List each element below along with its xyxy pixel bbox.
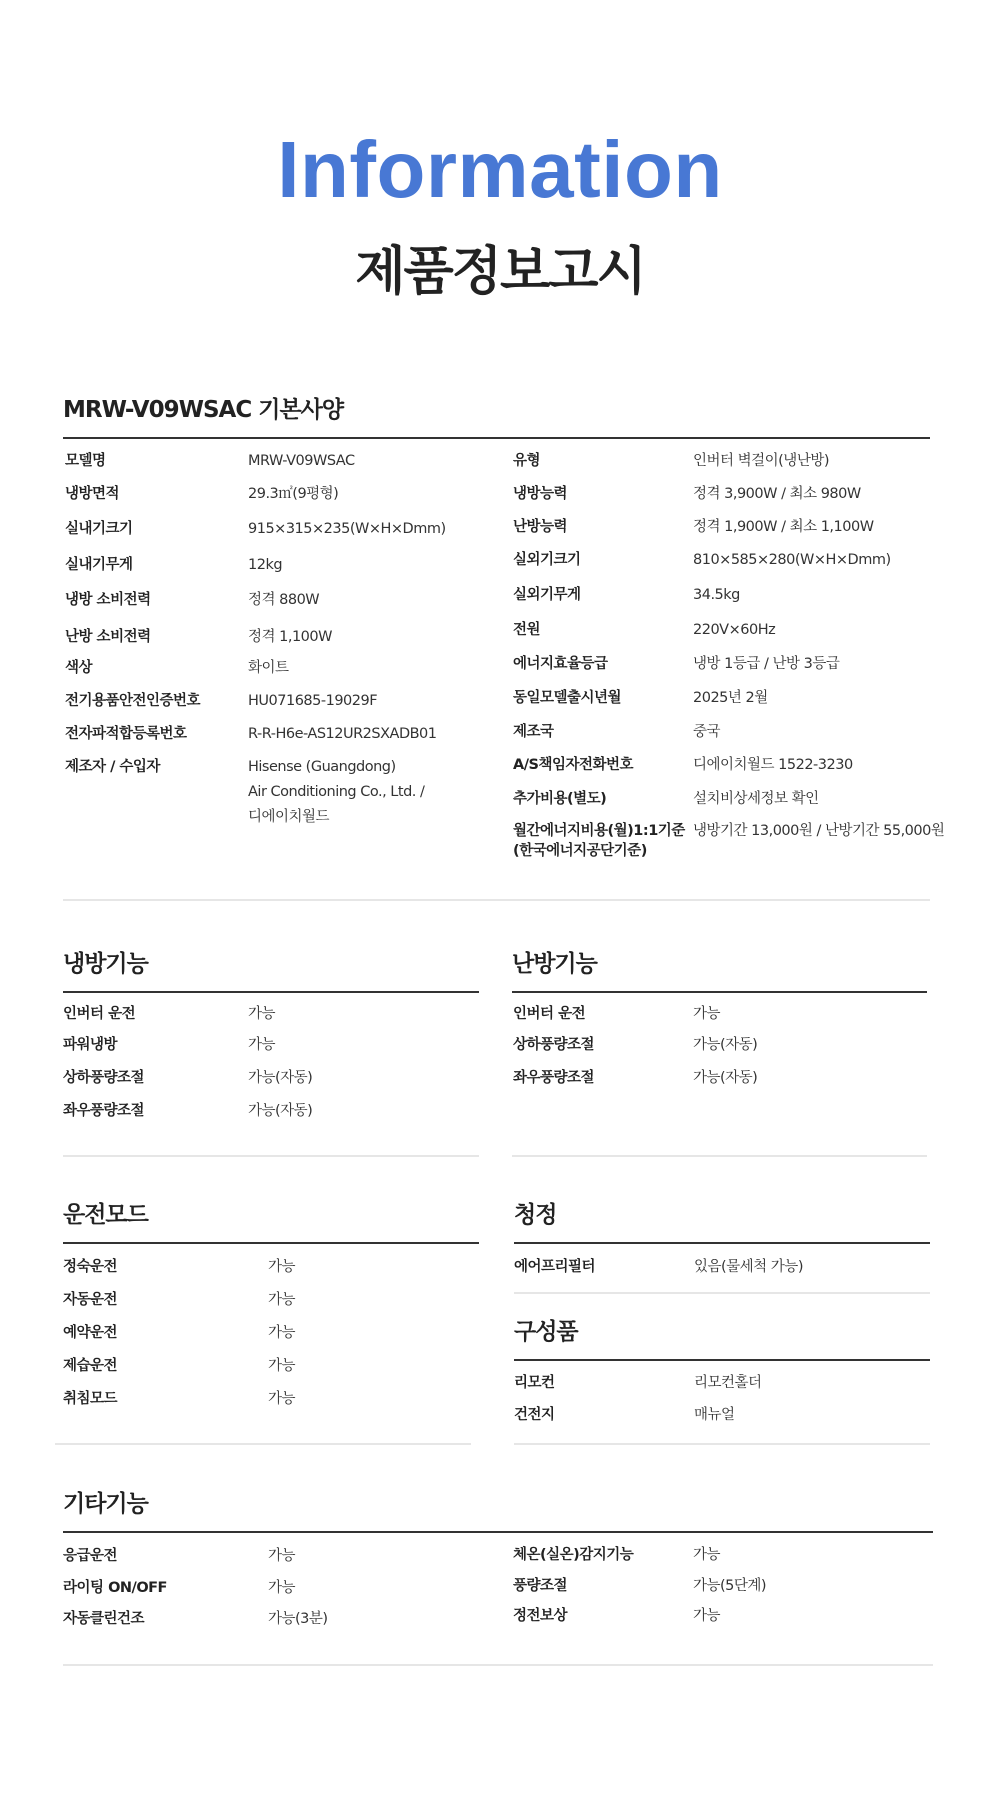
feature-label: 자동운전	[63, 1290, 117, 1310]
feature-value: 가능	[268, 1546, 295, 1566]
spec-value: R-R-H6e-AS12UR2SXADB01	[248, 724, 437, 744]
feature-label: 좌우풍량조절	[513, 1068, 594, 1088]
spec-value: 정격 1,100W	[248, 627, 332, 647]
spec-label: 제조자 / 수입자	[65, 757, 160, 777]
feature-label: 좌우풍량조절	[63, 1101, 144, 1121]
spec-value: 2025년 2월	[693, 688, 768, 708]
section-title-rule	[63, 1531, 933, 1533]
feature-label: 응급운전	[63, 1546, 117, 1566]
cooling-section: 냉방기능	[63, 949, 479, 993]
components-section: 구성품	[514, 1317, 930, 1361]
spec-value: 정격 880W	[248, 590, 319, 610]
feature-value: 가능	[248, 1035, 275, 1055]
feature-label: 제습운전	[63, 1356, 117, 1376]
section-divider	[63, 1155, 479, 1157]
spec-value: 냉방 1등급 / 난방 3등급	[693, 654, 839, 674]
spec-value: 냉방기간 13,000원 / 난방기간 55,000원	[693, 821, 944, 841]
spec-value: 220V×60Hz	[693, 620, 775, 640]
feature-value: 가능	[693, 1606, 720, 1626]
section-title-rule	[514, 1359, 930, 1361]
feature-label: 상하풍량조절	[513, 1035, 594, 1055]
spec-value: HU071685-19029F	[248, 691, 377, 711]
spec-label: 냉방능력	[513, 484, 567, 504]
feature-value: 가능(3분)	[268, 1609, 328, 1629]
feature-value: 가능(5단계)	[693, 1576, 766, 1596]
etc-section: 기타기능	[63, 1489, 933, 1533]
spec-label: 냉방면적	[65, 484, 119, 504]
page-title: Information	[0, 122, 1000, 218]
feature-label: 에어프리필터	[514, 1257, 595, 1277]
spec-label: 모델명	[65, 451, 106, 471]
feature-value: 가능	[268, 1323, 295, 1343]
section-title: 난방기능	[512, 949, 927, 979]
section-title-rule	[63, 437, 930, 439]
feature-label: 건전지	[514, 1405, 555, 1425]
section-title-rule	[63, 991, 479, 993]
spec-value: 화이트	[248, 658, 289, 678]
feature-value: 리모컨홀더	[694, 1373, 762, 1393]
feature-label: 인버터 운전	[513, 1004, 585, 1024]
feature-label: 풍량조절	[513, 1576, 567, 1596]
spec-value-line: 디에이치월드	[248, 805, 424, 830]
spec-value: 34.5kg	[693, 585, 740, 605]
feature-label: 라이팅 ON/OFF	[63, 1578, 167, 1598]
spec-label: 전원	[513, 620, 540, 640]
section-title: 운전모드	[63, 1200, 479, 1230]
section-divider	[63, 899, 930, 901]
section-divider	[514, 1443, 930, 1445]
heating-section: 난방기능	[512, 949, 927, 993]
purify-section: 청정	[514, 1200, 930, 1244]
spec-label-line: 월간에너지비용(월)1:1기준	[513, 821, 685, 841]
spec-label: 실외기크기	[513, 550, 581, 570]
spec-label: 색상	[65, 658, 92, 678]
section-divider	[63, 1664, 933, 1666]
spec-value: 설치비상세정보 확인	[693, 789, 819, 809]
section-divider	[512, 1155, 927, 1157]
spec-value: 12kg	[248, 555, 282, 575]
spec-label: 유형	[513, 451, 540, 471]
section-title: MRW-V09WSAC 기본사양	[63, 395, 930, 425]
spec-label: 전자파적합등록번호	[65, 724, 187, 744]
spec-value: 중국	[693, 722, 720, 742]
spec-label: 실내기크기	[65, 519, 133, 539]
spec-label: 추가비용(별도)	[513, 789, 606, 809]
section-title-rule	[63, 1242, 479, 1244]
spec-value-line: Air Conditioning Co., Ltd. /	[248, 780, 424, 805]
section-title: 냉방기능	[63, 949, 479, 979]
spec-label: 에너지효율등급	[513, 654, 608, 674]
spec-value: 29.3㎡(9평형)	[248, 484, 338, 504]
modes-section: 운전모드	[63, 1200, 479, 1244]
feature-label: 파워냉방	[63, 1035, 117, 1055]
spec-value: 810×585×280(W×H×Dmm)	[693, 550, 891, 570]
spec-label-line: (한국에너지공단기준)	[513, 841, 685, 861]
spec-label: 실내기무게	[65, 555, 133, 575]
section-title-rule	[512, 991, 927, 993]
spec-value: 915×315×235(W×H×Dmm)	[248, 519, 446, 539]
spec-value-line: Hisense (Guangdong)	[248, 755, 424, 780]
spec-label: A/S책임자전화번호	[513, 755, 633, 775]
spec-label: 냉방 소비전력	[65, 590, 151, 610]
spec-label: 전기용품안전인증번호	[65, 691, 200, 711]
section-divider	[55, 1443, 471, 1445]
feature-value: 가능	[268, 1389, 295, 1409]
feature-value: 가능	[248, 1004, 275, 1024]
feature-value: 가능(자동)	[248, 1068, 312, 1088]
feature-value: 가능	[693, 1545, 720, 1565]
spec-label-multiline: 월간에너지비용(월)1:1기준 (한국에너지공단기준)	[513, 821, 685, 861]
section-title: 청정	[514, 1200, 930, 1230]
section-title-rule	[514, 1242, 930, 1244]
page-subtitle: 제품정보고시	[0, 240, 1000, 304]
feature-value: 가능(자동)	[248, 1101, 312, 1121]
spec-value: MRW-V09WSAC	[248, 451, 355, 471]
feature-label: 정숙운전	[63, 1257, 117, 1277]
spec-label: 제조국	[513, 722, 554, 742]
feature-value: 가능	[693, 1004, 720, 1024]
feature-label: 자동클린건조	[63, 1609, 144, 1629]
spec-value: 정격 1,900W / 최소 1,100W	[693, 517, 874, 537]
feature-label: 상하풍량조절	[63, 1068, 144, 1088]
feature-label: 체온(실온)감지기능	[513, 1545, 633, 1565]
spec-label: 동일모델출시년월	[513, 688, 621, 708]
feature-value: 가능	[268, 1257, 295, 1277]
feature-value: 가능	[268, 1578, 295, 1598]
feature-value: 매뉴얼	[694, 1405, 735, 1425]
basic-spec-section: MRW-V09WSAC 기본사양	[63, 395, 930, 439]
spec-value: 인버터 벽걸이(냉난방)	[693, 451, 829, 471]
feature-label: 정전보상	[513, 1606, 567, 1626]
feature-label: 취침모드	[63, 1389, 117, 1409]
feature-value: 가능	[268, 1290, 295, 1310]
spec-label: 난방능력	[513, 517, 567, 537]
feature-value: 가능(자동)	[693, 1068, 757, 1088]
feature-value: 있음(물세척 가능)	[694, 1257, 803, 1277]
section-divider	[514, 1292, 930, 1294]
spec-value: 디에이치월드 1522-3230	[693, 755, 853, 775]
section-title: 구성품	[514, 1317, 930, 1347]
spec-label: 실외기무게	[513, 585, 581, 605]
feature-value: 가능	[268, 1356, 295, 1376]
feature-label: 예약운전	[63, 1323, 117, 1343]
spec-label: 난방 소비전력	[65, 627, 151, 647]
feature-label: 인버터 운전	[63, 1004, 135, 1024]
section-title: 기타기능	[63, 1489, 933, 1519]
feature-label: 리모컨	[514, 1373, 555, 1393]
spec-value-multiline: Hisense (Guangdong) Air Conditioning Co.…	[248, 755, 424, 830]
feature-value: 가능(자동)	[693, 1035, 757, 1055]
spec-value: 정격 3,900W / 최소 980W	[693, 484, 861, 504]
